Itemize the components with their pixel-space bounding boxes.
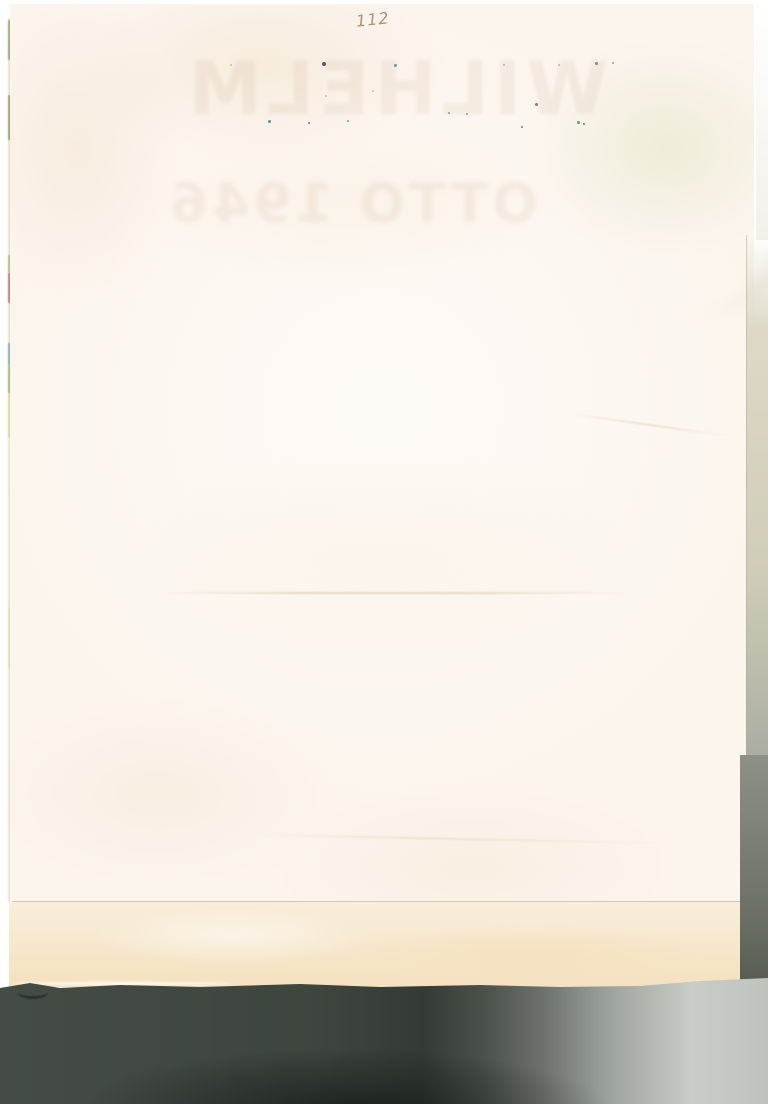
notebook-page	[10, 4, 754, 903]
paper-crease	[250, 834, 670, 845]
underlying-page-edge	[9, 902, 754, 987]
stitch-dot	[394, 64, 397, 67]
stitch-dot	[521, 126, 523, 128]
stitch-dot	[325, 95, 327, 97]
stitch-dot	[595, 62, 598, 65]
stitch-dot	[577, 121, 580, 124]
stitch-dot	[322, 62, 326, 66]
stitch-dot	[268, 120, 271, 123]
right-page-edge-shadow	[746, 235, 768, 760]
stitch-dot	[583, 123, 585, 125]
page-edge-highlight	[12, 982, 232, 985]
right-scanner-shadow	[740, 755, 768, 987]
stitch-dot	[503, 64, 505, 66]
scanner-bed-bottom	[0, 1104, 768, 1117]
paper-crease	[571, 413, 730, 437]
scanned-document: WILHELM OTTO 1946 112	[0, 0, 768, 1117]
handwritten-page-number: 112	[355, 8, 390, 30]
stitch-dot	[308, 122, 310, 124]
stitch-dot	[558, 64, 560, 66]
stitch-dot	[612, 62, 614, 64]
scanner-bed-right-margin	[756, 0, 768, 240]
paper-smudge	[585, 94, 768, 334]
stitch-dot	[372, 90, 374, 92]
scanner-background-band	[0, 975, 768, 1104]
stitch-dot	[230, 64, 232, 66]
stitch-dot	[466, 113, 468, 115]
page-corner-curl-shadow	[18, 986, 48, 999]
stitch-dot	[448, 112, 450, 114]
stitch-dot	[347, 120, 349, 122]
paper-crease	[160, 592, 630, 594]
page-edge-line	[12, 901, 756, 902]
scanner-bed-left-margin	[0, 0, 8, 987]
underlying-page-mottle	[9, 902, 754, 987]
stitch-dot	[535, 103, 538, 106]
